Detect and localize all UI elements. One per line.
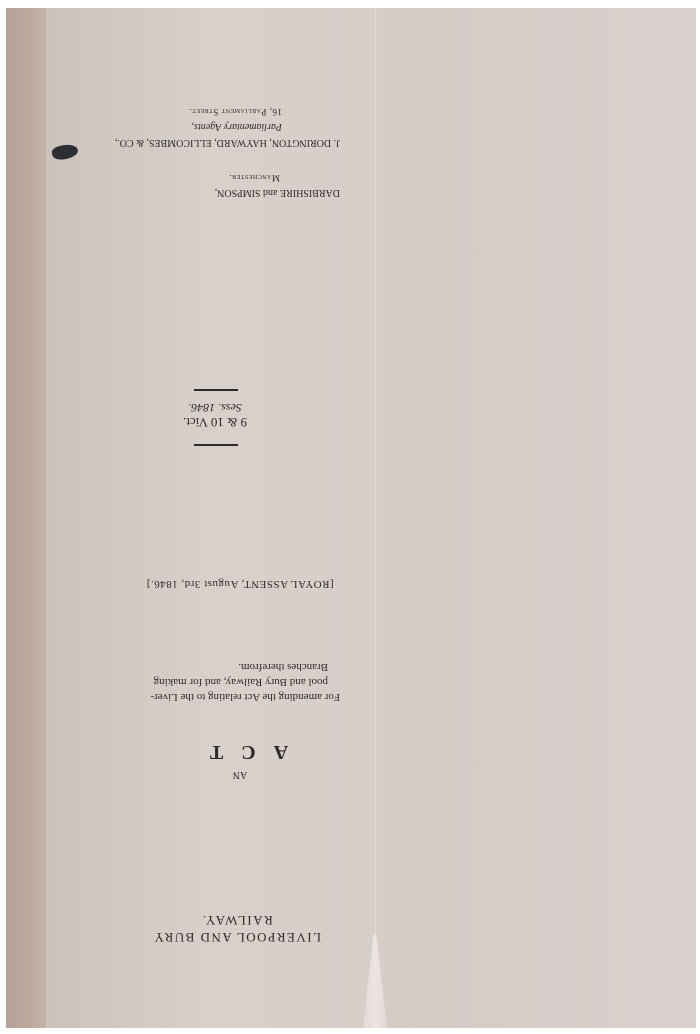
royal-assent: [ROYAL ASSENT, August 3rd, 1846.] bbox=[120, 578, 360, 590]
rule-bottom bbox=[194, 389, 238, 391]
rotated-document-text: LIVERPOOL AND BURY RAILWAY. AN ACT For a… bbox=[0, 0, 700, 1034]
heading-an: AN bbox=[220, 769, 260, 780]
title-line-1: LIVERPOOL AND BURY bbox=[152, 929, 322, 945]
parliamentary-address: 16, Parliament Street. bbox=[82, 107, 282, 117]
parliamentary-firm: J. DORINGTON, HAYWARD, ELLICOMBES, & CO.… bbox=[60, 137, 340, 148]
session: Sess. 1846. bbox=[170, 400, 260, 415]
description-line-3: Branches therefrom. bbox=[140, 659, 340, 674]
solicitors-name: DARBISHIRE and SIMPSON, bbox=[160, 187, 340, 198]
act-description: For amending the Act relating to the Liv… bbox=[140, 659, 340, 704]
title-line-2: RAILWAY. bbox=[152, 912, 322, 928]
solicitors-city: Manchester. bbox=[160, 173, 280, 183]
parliamentary-role: Parliamentary Agents, bbox=[82, 121, 282, 132]
regnal-year: 9 & 10 Vict. bbox=[170, 414, 260, 430]
rule-top bbox=[194, 444, 238, 446]
description-line-2: pool and Bury Railway, and for making bbox=[140, 674, 340, 689]
description-line-1: For amending the Act relating to the Liv… bbox=[140, 689, 340, 704]
heading-act: ACT bbox=[175, 740, 305, 763]
